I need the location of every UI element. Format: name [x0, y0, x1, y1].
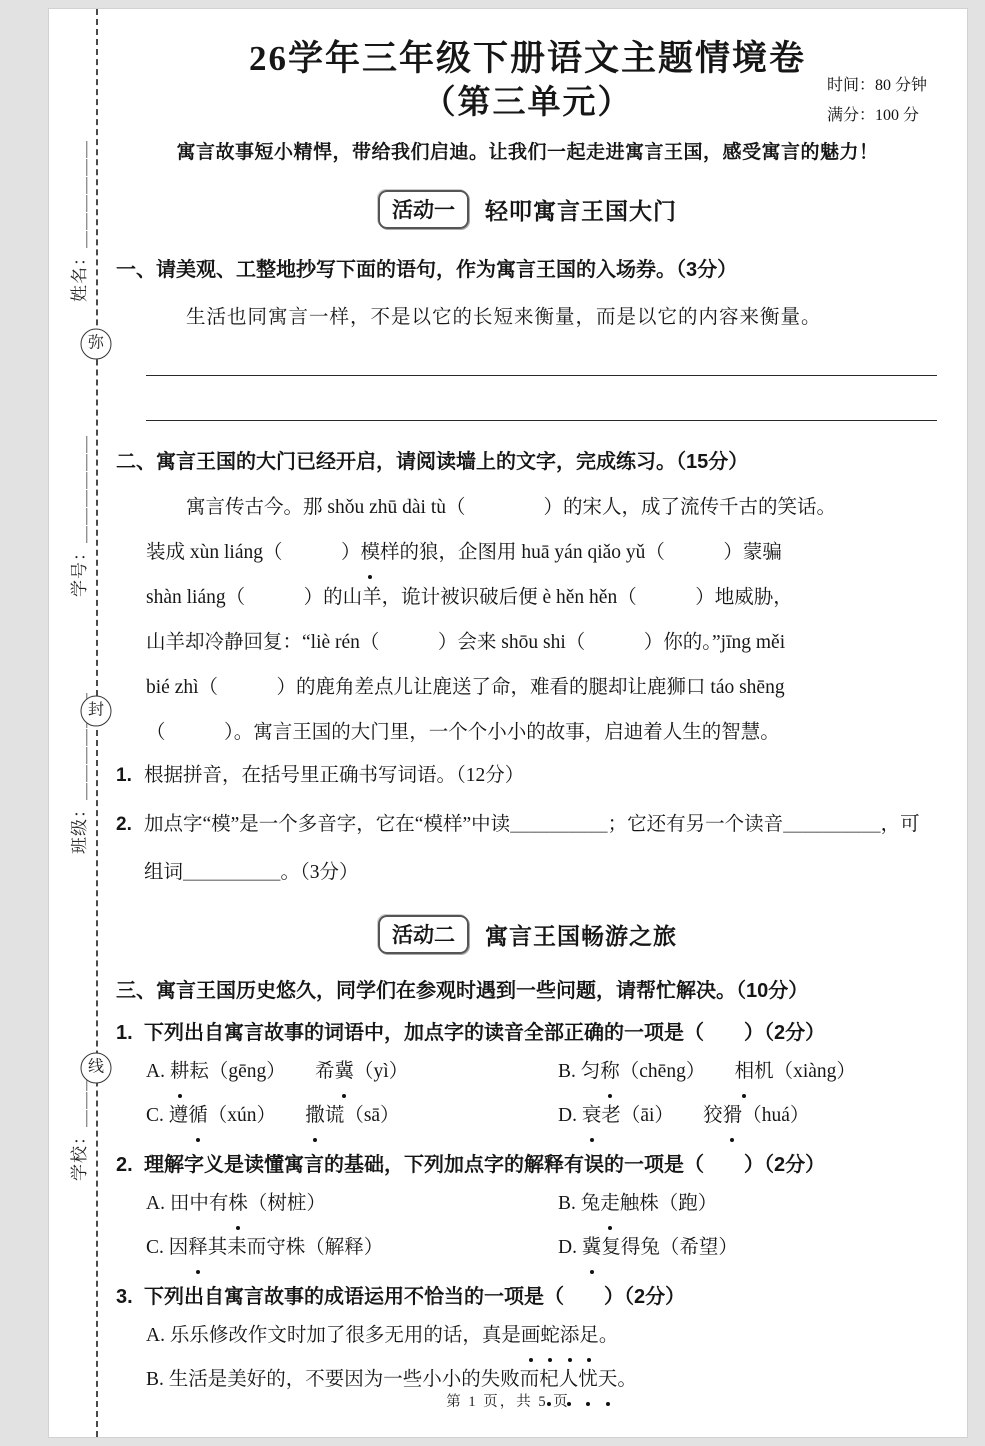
- option-a: A. 田中有株（树桩）: [146, 1182, 558, 1226]
- student-id-blank: 学号：＿＿＿＿＿＿: [65, 401, 87, 631]
- passage-line: （ ）。寓言王国的大门里，一个个小小的故事，启迪着人生的智慧。: [146, 710, 939, 755]
- paper-subtitle: （第三单元）: [116, 82, 939, 125]
- seal-char-feng: 封: [81, 696, 112, 727]
- paper-intro: 寓言故事短小精悍，带给我们启迪。让我们一起走进寓言王国，感受寓言的魅力！: [116, 137, 939, 164]
- screenshot-viewport: 姓名：＿＿＿＿＿＿ 弥 学号：＿＿＿＿＿＿ 封 班级：＿＿＿＿＿＿ 线 学校：＿…: [0, 0, 985, 1446]
- section2-stem: 二、寓言王国的大门已经开启，请阅读墙上的文字，完成练习。（15分）: [116, 447, 939, 477]
- question-text: 下列出自寓言故事的成语运用不恰当的一项是（ ）（2分）: [144, 1280, 685, 1314]
- option-a: A. 耕耘（gēng） 希冀（yì）: [146, 1050, 558, 1094]
- seal-char-mi: 弥: [81, 329, 112, 360]
- passage-line: 寓言传古今。那 shǒu zhū dài tù（ ）的宋人，成了流传千古的笑话。: [146, 485, 939, 530]
- passage-line: bié zhì（ ）的鹿角差点儿让鹿送了命，难看的腿却让鹿狮口 táo shēn…: [146, 665, 939, 710]
- option-b: B. 兔走触株（跑）: [558, 1182, 939, 1226]
- section2-sub2: 2. 加点字“模”是一个多音字，它在“模样”中读＿＿＿＿＿；它还有另一个读音＿＿…: [116, 801, 939, 897]
- option-c: C. 遵循（xún） 撒谎（sā）: [146, 1094, 558, 1138]
- section3-q1-options: A. 耕耘（gēng） 希冀（yì） B. 匀称（chēng） 相机（xiàng…: [146, 1050, 939, 1138]
- section2-sub1: 1. 根据拼音，在括号里正确书写词语。（12分）: [116, 759, 939, 793]
- question-number: 1.: [116, 1016, 144, 1050]
- sub-question-number: 1.: [116, 759, 144, 793]
- section3-stem: 三、寓言王国历史悠久，同学们在参观时遇到一些问题，请帮忙解决。（10分）: [116, 976, 939, 1006]
- activity1-header: 活动一 轻叩寓言王国大门: [116, 190, 939, 229]
- page-indicator: 第 1 页，共 5 页: [49, 1390, 967, 1411]
- sub-question-number: 2.: [116, 801, 144, 897]
- question-text: 下列出自寓言故事的词语中，加点字的读音全部正确的一项是（ ）（2分）: [144, 1016, 825, 1050]
- option-d: D. 冀复得兔（希望）: [558, 1226, 939, 1270]
- student-name-blank: 姓名：＿＿＿＿＿＿: [65, 106, 87, 336]
- section1-stem: 一、请美观、工整地抄写下面的语句，作为寓言王国的入场券。（3分）: [116, 255, 939, 285]
- activity2-header: 活动二 寓言王国畅游之旅: [116, 915, 939, 954]
- seal-char-xian: 线: [81, 1053, 112, 1084]
- question-text: 理解字义是读懂寓言的基础，下列加点字的解释有误的一项是（ ）（2分）: [144, 1148, 825, 1182]
- answer-writing-line-2: [146, 376, 937, 421]
- exam-paper-page: 姓名：＿＿＿＿＿＿ 弥 学号：＿＿＿＿＿＿ 封 班级：＿＿＿＿＿＿ 线 学校：＿…: [48, 8, 968, 1438]
- option-d: D. 衰老（āi） 狡猾（huá）: [558, 1094, 939, 1138]
- question-number: 3.: [116, 1280, 144, 1314]
- school-blank: 学校：＿＿＿＿: [65, 1028, 87, 1208]
- option-b: B. 匀称（chēng） 相机（xiàng）: [558, 1050, 939, 1094]
- paper-content: 26学年三年级下册语文主题情境卷 （第三单元） 寓言故事短小精悍，带给我们启迪。…: [116, 9, 939, 1402]
- fable-passage: 寓言传古今。那 shǒu zhū dài tù（ ）的宋人，成了流传千古的笑话。…: [146, 485, 939, 755]
- section3-q3-stem: 3. 下列出自寓言故事的成语运用不恰当的一项是（ ）（2分）: [116, 1280, 939, 1314]
- copy-sentence: 生活也同寓言一样，不是以它的长短来衡量，而是以它的内容来衡量。: [186, 301, 939, 329]
- activity2-badge: 活动二: [378, 915, 469, 954]
- passage-line: shàn liáng（ ）的山羊，诡计被识破后便 è hěn hěn（ ）地威胁…: [146, 575, 939, 620]
- paper-title: 26学年三年级下册语文主题情境卷: [116, 35, 939, 82]
- sub-question-text: 加点字“模”是一个多音字，它在“模样”中读＿＿＿＿＿；它还有另一个读音＿＿＿＿＿…: [144, 801, 939, 897]
- activity2-title: 寓言王国畅游之旅: [485, 918, 677, 951]
- section3-q3-option-a: A. 乐乐修改作文时加了很多无用的话，真是画蛇添足。: [146, 1314, 939, 1358]
- sub-question-text: 根据拼音，在括号里正确书写词语。（12分）: [144, 759, 524, 793]
- passage-line: 山羊却冷静回复：“liè rén（ ）会来 shōu shi（ ）你的。”jīn…: [146, 620, 939, 665]
- passage-line: 装成 xùn liáng（ ）模样的狼，企图用 huā yán qiǎo yǔ（…: [146, 530, 939, 575]
- section3-q2-options: A. 田中有株（树桩） B. 兔走触株（跑） C. 因释其耒而守株（解释） D.…: [146, 1182, 939, 1270]
- class-blank: 班级：＿＿＿＿＿＿: [65, 658, 87, 888]
- option-c: C. 因释其耒而守株（解释）: [146, 1226, 558, 1270]
- question-number: 2.: [116, 1148, 144, 1182]
- section3-q1-stem: 1. 下列出自寓言故事的词语中，加点字的读音全部正确的一项是（ ）（2分）: [116, 1016, 939, 1050]
- activity1-badge: 活动一: [378, 190, 469, 229]
- activity1-title: 轻叩寓言王国大门: [485, 193, 677, 226]
- answer-writing-line-1: [146, 329, 937, 376]
- section3-q2-stem: 2. 理解字义是读懂寓言的基础，下列加点字的解释有误的一项是（ ）（2分）: [116, 1148, 939, 1182]
